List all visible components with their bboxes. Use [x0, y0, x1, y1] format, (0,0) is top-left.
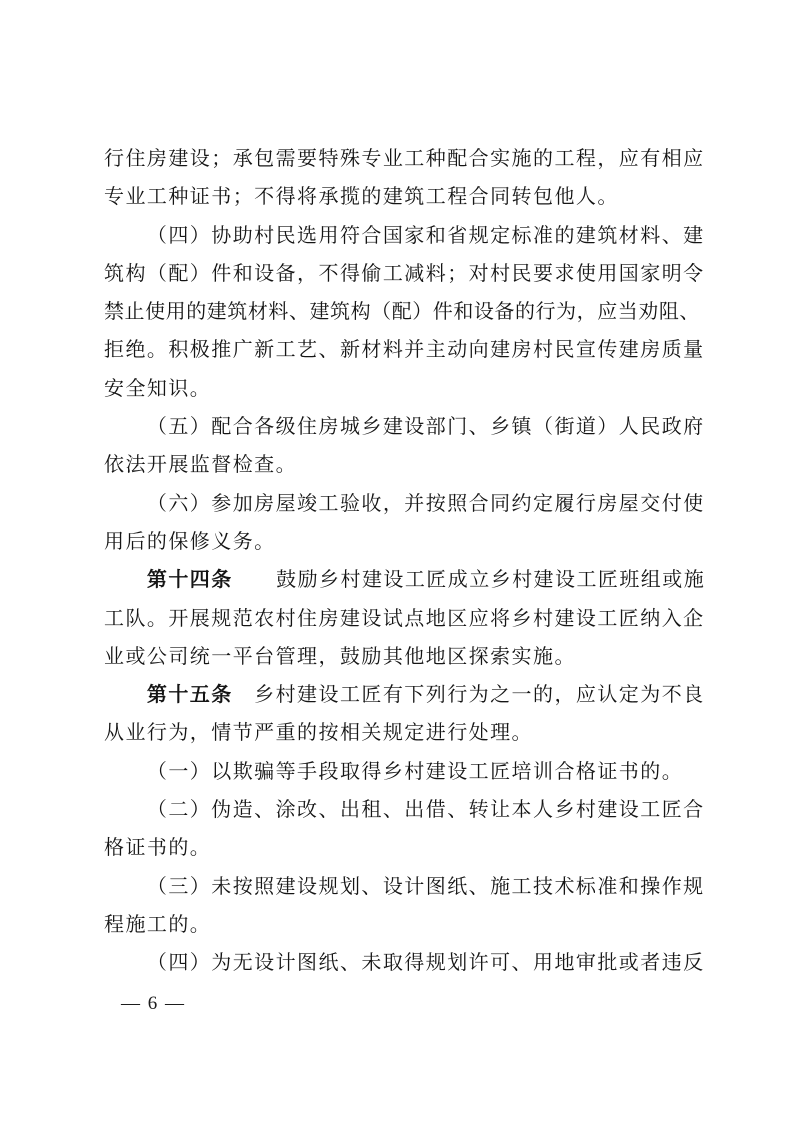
text-line: 程施工的。: [104, 906, 708, 944]
text-line: 格证书的。: [104, 829, 708, 867]
text-line: 行住房建设；承包需要特殊专业工种配合实施的工程，应有相应: [104, 140, 708, 178]
text-line: （一）以欺骗等手段取得乡村建设工匠培训合格证书的。: [104, 753, 708, 791]
text-line: 依法开展监督检查。: [104, 446, 708, 484]
article-number-bold: 第十四条: [147, 569, 233, 591]
text-line: （四）协助村民选用符合国家和省规定标准的建筑材料、建: [104, 217, 708, 255]
text-line: （六）参加房屋竣工验收，并按照合同约定履行房屋交付使: [104, 485, 708, 523]
text-line: （五）配合各级住房城乡建设部门、乡镇（街道）人民政府: [104, 408, 708, 446]
text-line: 从业行为，情节严重的按相关规定进行处理。: [104, 714, 708, 752]
text-line: （四）为无设计图纸、未取得规划许可、用地审批或者违反: [104, 944, 708, 982]
text-line: 拒绝。积极推广新工艺、新材料并主动向建房村民宣传建房质量: [104, 331, 708, 369]
text-line: 专业工种证书；不得将承揽的建筑工程合同转包他人。: [104, 178, 708, 216]
text-line: 筑构（配）件和设备，不得偷工减料；对村民要求使用国家明令: [104, 255, 708, 293]
page-number: — 6 —: [121, 993, 186, 1015]
text-line: 工队。开展规范农村住房建设试点地区应将乡村建设工匠纳入企: [104, 600, 708, 638]
text-line: （二）伪造、涂改、出租、出借、转让本人乡村建设工匠合: [104, 791, 708, 829]
text-line: 第十四条 鼓励乡村建设工匠成立乡村建设工匠班组或施: [104, 561, 708, 599]
text-line: 用后的保修义务。: [104, 523, 708, 561]
article-number-bold: 第十五条: [147, 684, 233, 706]
text-line: 第十五条 乡村建设工匠有下列行为之一的，应认定为不良: [104, 676, 708, 714]
document-body: 行住房建设；承包需要特殊专业工种配合实施的工程，应有相应专业工种证书；不得将承揽…: [104, 140, 708, 983]
text-line: 禁止使用的建筑材料、建筑构（配）件和设备的行为，应当劝阻、: [104, 293, 708, 331]
document-page: 行住房建设；承包需要特殊专业工种配合实施的工程，应有相应专业工种证书；不得将承揽…: [0, 0, 794, 1123]
text-line: （三）未按照建设规划、设计图纸、施工技术标准和操作规: [104, 868, 708, 906]
text-line: 业或公司统一平台管理，鼓励其他地区探索实施。: [104, 638, 708, 676]
text-line: 安全知识。: [104, 370, 708, 408]
